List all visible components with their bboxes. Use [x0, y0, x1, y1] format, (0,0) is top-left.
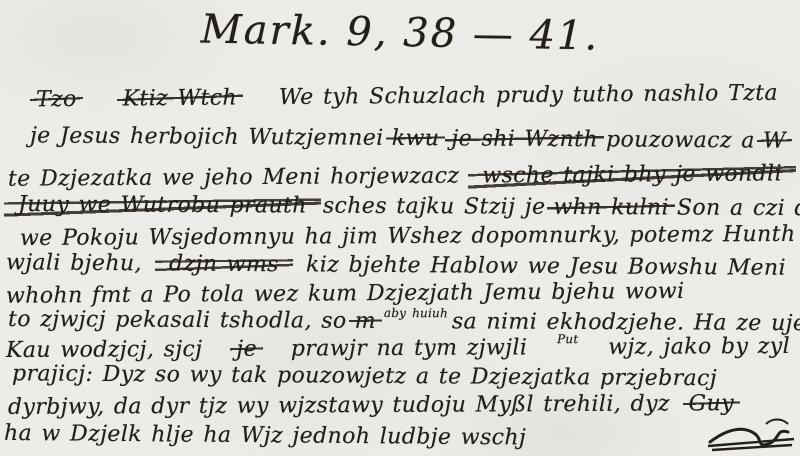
interlinear-insert: Put	[555, 332, 580, 346]
handwriting-line: je Jesus herbojich Wutzjemneikwuje shi W…	[28, 123, 792, 153]
handwriting-segment: dyrbjwy, da dyr tjz wy wjzstawy tudoju M…	[6, 391, 672, 419]
handwriting-line: we Pokoju Wsjedomnyu ha jim Wshez dopomn…	[18, 222, 770, 251]
handwriting-segment: te Dzjezatka we jeho Meni horjewzacz	[6, 164, 462, 192]
struck-text: je shi Wznth	[445, 126, 604, 152]
handwriting-line: Kau wodzjcj, sjcjjeprawjr na tym zjwjliP…	[4, 334, 792, 363]
struck-text: Tzo	[30, 87, 83, 112]
struck-text: m	[349, 309, 382, 334]
handwriting-line: Juuy we Wutrobu prauthsches tajku Stzij …	[4, 192, 798, 221]
handwriting-segment: We tyh Schuzlach prudy tutho nashlo Tzta	[277, 81, 780, 110]
handwriting-line: dyrbjwy, da dyr tjz wy wjzstawy tudoju M…	[6, 391, 740, 420]
handwriting-segment: kiz bjehte Hablow we Jesu Bowshu Meni	[304, 252, 788, 280]
handwriting-line: prajicj: Dyz so wy tak pouzowjetz a te D…	[10, 361, 786, 391]
handwriting-line: wjali bjehu,dzjn wmskiz bjehte Hablow we…	[4, 250, 788, 280]
struck-text: Guy	[683, 391, 741, 416]
handwriting-segment: prajicj: Dyz so wy tak pouzowjetz a te D…	[10, 361, 719, 391]
handwriting-segment: je Jesus herbojich Wutzjemnei	[28, 123, 386, 150]
handwriting-line: ha w Dzjelk hlje ha Wjz jednoh ludbje ws…	[2, 421, 710, 452]
handwriting-segment: Son a czi druzy Wutzjomnicy	[675, 195, 800, 222]
handwriting-segment: prawjr na tym zjwjli	[289, 335, 530, 361]
handwriting-line: te Dzjezatka we jeho Meni horjewzaczwsch…	[6, 161, 796, 192]
handwriting-segment: sa nimi ekhodzjehe. Ha ze ujetko	[450, 309, 800, 336]
handwriting-segment: wjali bjehu,	[4, 250, 144, 276]
struck-text: dzjn wms	[155, 251, 293, 277]
handwriting-line: whohn fmt a Po tola wez kum Dzjezjath Je…	[4, 278, 782, 308]
struck-text: je	[230, 337, 263, 362]
interlinear-insert: aby huiuh	[382, 306, 450, 320]
struck-text: whn kulni	[547, 195, 675, 221]
struck-text: Juuy we Wutrobu prauth	[4, 192, 321, 219]
handwriting-segment: ha w Dzjelk hlje ha Wjz jednoh ludbje ws…	[2, 421, 528, 451]
handwriting-segment: wjz, jako by zyl	[606, 334, 792, 360]
handwriting-segment: to zjwjcj pekasali tshodla, so	[6, 307, 349, 334]
handwriting-segment: Kau wodzjcj, sjcj	[4, 337, 205, 363]
handwriting-segment: sches tajku Stzij je	[321, 194, 548, 220]
handwriting-segment: pouzowacz a	[604, 127, 757, 153]
handwriting-segment: whohn fmt a Po tola wez kum Dzjezjath Je…	[4, 279, 687, 309]
handwriting-line: TzoKtiz WtchWe tyh Schuzlach prudy tutho…	[30, 81, 780, 113]
manuscript-page: Mark. 9, 38 — 41. TzoKtiz WtchWe tyh Sch…	[0, 0, 800, 456]
handwriting-line: to zjwjcj pekasali tshodla, somaby huiuh…	[6, 307, 794, 336]
struck-text: W	[757, 128, 792, 153]
struck-text: Ktiz Wtch	[117, 85, 244, 111]
handwriting-segment: we Pokoju Wsjedomnyu ha jim Wshez dopomn…	[18, 222, 798, 251]
struck-text: kwu	[386, 126, 446, 151]
manuscript-body: TzoKtiz WtchWe tyh Schuzlach prudy tutho…	[0, 0, 800, 456]
struck-text: wsche tajki bhy je wondli	[468, 161, 796, 188]
